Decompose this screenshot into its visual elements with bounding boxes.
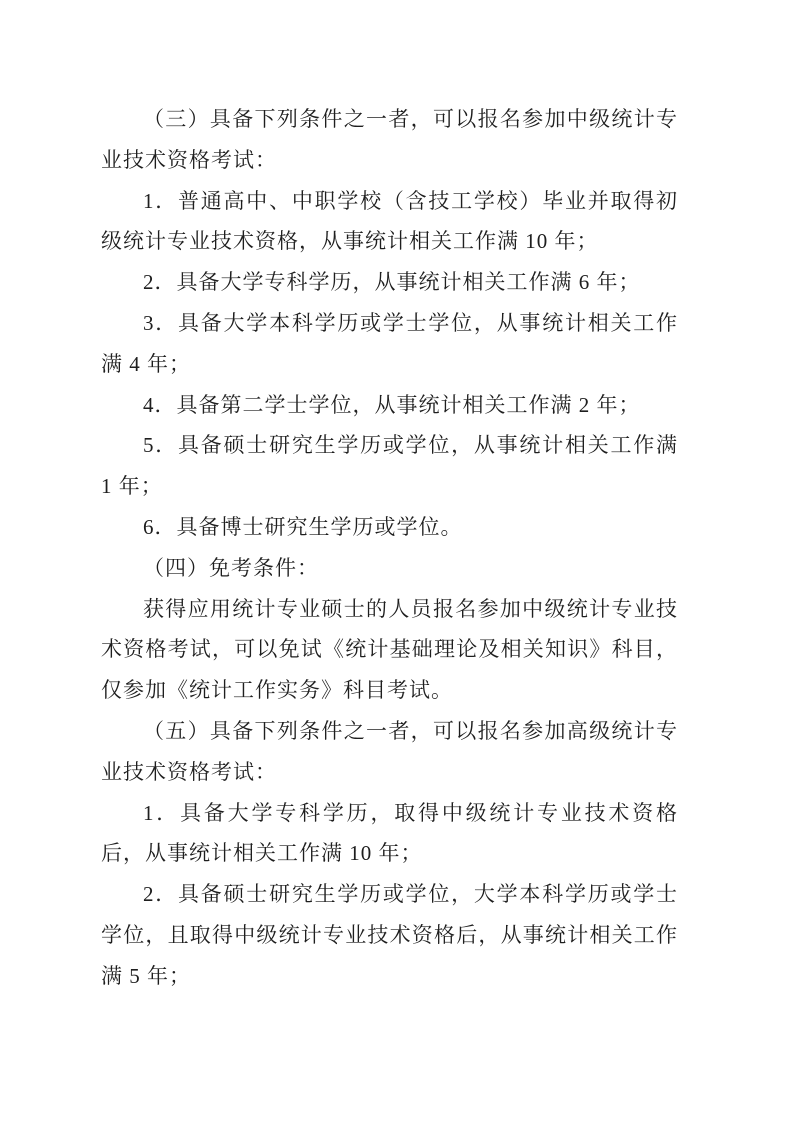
document-paragraph: 2．具备硕士研究生学历或学位，大学本科学历或学士学位，且取得中级统计专业技术资格… — [101, 874, 678, 996]
document-body: （三）具备下列条件之一者，可以报名参加中级统计专业技术资格考试：1．普通高中、中… — [101, 99, 678, 997]
document-paragraph: 4．具备第二学士学位，从事统计相关工作满 2 年； — [101, 385, 678, 426]
document-paragraph: （五）具备下列条件之一者，可以报名参加高级统计专业技术资格考试： — [101, 711, 678, 793]
document-paragraph: （四）免考条件： — [101, 548, 678, 589]
document-paragraph: 1．具备大学专科学历，取得中级统计专业技术资格后，从事统计相关工作满 10 年； — [101, 793, 678, 875]
document-paragraph: （三）具备下列条件之一者，可以报名参加中级统计专业技术资格考试： — [101, 99, 678, 181]
document-paragraph: 获得应用统计专业硕士的人员报名参加中级统计专业技术资格考试，可以免试《统计基础理… — [101, 589, 678, 711]
document-paragraph: 6．具备博士研究生学历或学位。 — [101, 507, 678, 548]
document-paragraph: 1．普通高中、中职学校（含技工学校）毕业并取得初级统计专业技术资格，从事统计相关… — [101, 181, 678, 263]
document-paragraph: 2．具备大学专科学历，从事统计相关工作满 6 年； — [101, 262, 678, 303]
document-page: （三）具备下列条件之一者，可以报名参加中级统计专业技术资格考试：1．普通高中、中… — [0, 0, 794, 1123]
document-paragraph: 5．具备硕士研究生学历或学位，从事统计相关工作满 1 年； — [101, 425, 678, 507]
document-paragraph: 3．具备大学本科学历或学士学位，从事统计相关工作满 4 年； — [101, 303, 678, 385]
